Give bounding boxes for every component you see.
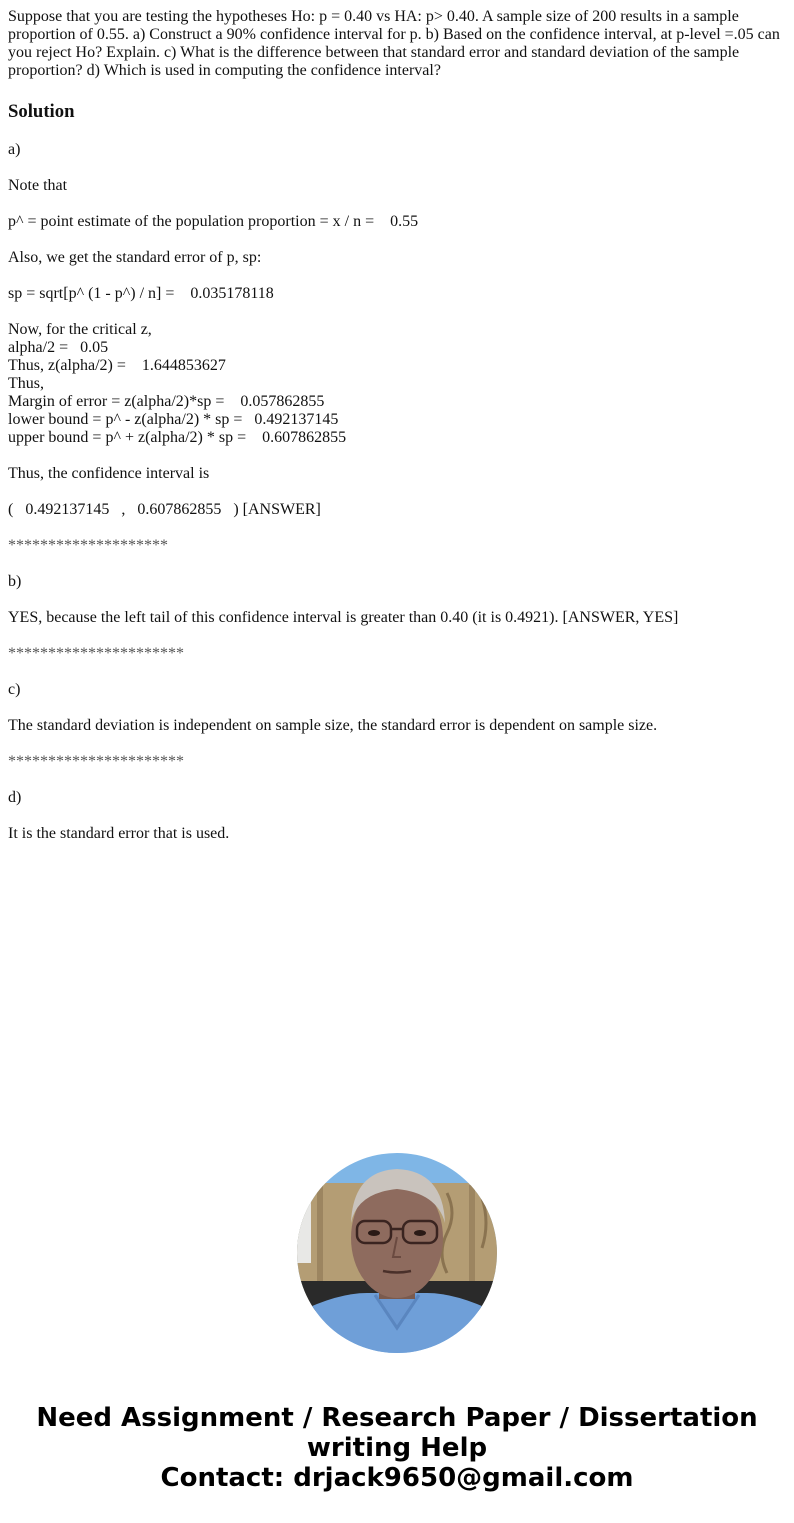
- part-b-label: b): [8, 573, 786, 591]
- critical-value-block: Now, for the critical z, alpha/2 = 0.05 …: [8, 321, 786, 447]
- note-text: Note that: [8, 177, 786, 195]
- document-body: Suppose that you are testing the hypothe…: [8, 8, 786, 843]
- point-estimate-line: p^ = point estimate of the population pr…: [8, 213, 786, 231]
- critical-line: Thus, z(alpha/2) = 1.644853627: [8, 357, 786, 375]
- standard-error-intro: Also, we get the standard error of p, sp…: [8, 249, 786, 267]
- confidence-interval-intro: Thus, the confidence interval is: [8, 465, 786, 483]
- part-a-label: a): [8, 141, 786, 159]
- author-portrait-icon: [297, 1153, 497, 1353]
- promo-line-2: writing Help: [0, 1433, 794, 1463]
- standard-error-formula: sp = sqrt[p^ (1 - p^) / n] = 0.035178118: [8, 285, 786, 303]
- question-text: Suppose that you are testing the hypothe…: [8, 8, 786, 80]
- part-d-answer: It is the standard error that is used.: [8, 825, 786, 843]
- separator: **********************: [8, 645, 786, 663]
- solution-heading: Solution: [8, 101, 786, 123]
- critical-line: Margin of error = z(alpha/2)*sp = 0.0578…: [8, 393, 786, 411]
- critical-line: alpha/2 = 0.05: [8, 339, 786, 357]
- author-avatar: [297, 1153, 497, 1353]
- critical-line: upper bound = p^ + z(alpha/2) * sp = 0.6…: [8, 429, 786, 447]
- promo-line-1: Need Assignment / Research Paper / Disse…: [0, 1403, 794, 1433]
- part-c-answer: The standard deviation is independent on…: [8, 717, 786, 735]
- promo-contact: Contact: drjack9650@gmail.com: [0, 1463, 794, 1493]
- critical-line: Now, for the critical z,: [8, 321, 786, 339]
- part-c-label: c): [8, 681, 786, 699]
- part-b-answer: YES, because the left tail of this confi…: [8, 609, 786, 627]
- critical-line: lower bound = p^ - z(alpha/2) * sp = 0.4…: [8, 411, 786, 429]
- separator: **********************: [8, 753, 786, 771]
- promo-banner: Need Assignment / Research Paper / Disse…: [0, 1403, 794, 1493]
- critical-line: Thus,: [8, 375, 786, 393]
- confidence-interval-result: ( 0.492137145 , 0.607862855 ) [ANSWER]: [8, 501, 786, 519]
- part-d-label: d): [8, 789, 786, 807]
- separator: ********************: [8, 537, 786, 555]
